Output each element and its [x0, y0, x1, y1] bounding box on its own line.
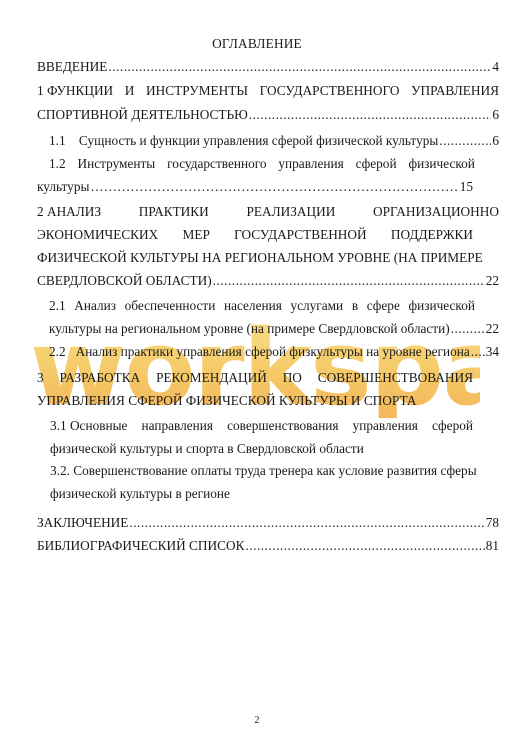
toc-page-number: 22	[486, 273, 499, 289]
dot-leader	[249, 107, 492, 123]
toc-entry-label: ВВЕДЕНИЕ	[37, 59, 107, 75]
word: 2 АНАЛИЗ	[37, 204, 101, 220]
toc-page-number: 81	[486, 538, 499, 554]
word: 2.1	[49, 298, 66, 314]
word: ЭКОНОМИЧЕСКИХ	[37, 227, 158, 243]
toc-entry-1-1[interactable]: 1.1 Сущность и функции управления сферой…	[49, 133, 499, 149]
word: Анализ	[74, 298, 116, 314]
toc-entry-2-1-line2[interactable]: культуры на региональном уровне (на прим…	[49, 321, 499, 337]
dot-leader	[439, 133, 491, 149]
word: И	[125, 83, 135, 99]
toc-entry-ch1-line2[interactable]: СПОРТИВНОЙ ДЕЯТЕЛЬНОСТЬЮ 6	[37, 107, 499, 123]
dot-leader	[245, 538, 484, 554]
page-number: 2	[0, 715, 514, 726]
word: услугами	[290, 298, 343, 314]
word: государственного	[167, 156, 266, 172]
word: ОРГАНИЗАЦИОННО	[373, 204, 499, 220]
toc-page-number: 6	[492, 133, 499, 149]
toc-entry-ch2-line4[interactable]: СВЕРДЛОВСКОЙ ОБЛАСТИ) 22	[37, 273, 499, 289]
toc-entry-ch2-line2[interactable]: ЭКОНОМИЧЕСКИХ МЕР ГОСУДАРСТВЕННОЙ ПОДДЕР…	[37, 227, 473, 243]
toc-entry-bibliography[interactable]: БИБЛИОГРАФИЧЕСКИЙ СПИСОК 81	[37, 538, 499, 554]
word: РЕКОМЕНДАЦИЙ	[156, 370, 267, 386]
word: МЕР	[183, 227, 210, 243]
toc-page-number: 6	[492, 107, 499, 123]
toc-entry-1-2-line1[interactable]: 1.2 Инструменты государственного управле…	[49, 156, 475, 172]
word: ПО	[283, 370, 302, 386]
word: сфере	[367, 298, 400, 314]
toc-entry-ch1-line1[interactable]: 1 ФУНКЦИИ И ИНСТРУМЕНТЫ ГОСУДАРСТВЕННОГО…	[37, 83, 499, 99]
toc-entry-ch3-line2[interactable]: УПРАВЛЕНИЯ СФЕРОЙ ФИЗИЧЕСКОЙ КУЛЬТУРЫ И …	[37, 393, 417, 409]
word: 1.2	[49, 156, 66, 172]
toc-entry-ch3-line1[interactable]: 3 РАЗРАБОТКА РЕКОМЕНДАЦИЙ ПО СОВЕРШЕНСТВ…	[37, 370, 473, 386]
dot-leader	[451, 321, 485, 337]
word: в	[352, 298, 358, 314]
word: сферой	[432, 418, 473, 434]
toc-entry-ch2-line1[interactable]: 2 АНАЛИЗ ПРАКТИКИ РЕАЛИЗАЦИИ ОРГАНИЗАЦИО…	[37, 204, 499, 220]
word: ГОСУДАРСТВЕННОГО	[260, 83, 400, 99]
toc-entry-3-2-line2[interactable]: физической культуры в регионе	[50, 486, 230, 502]
word: населения	[224, 298, 282, 314]
word: ГОСУДАРСТВЕННОЙ	[234, 227, 367, 243]
toc-entry-label: культуры	[37, 179, 89, 195]
dot-leader	[129, 515, 484, 531]
toc-entry-3-1-line1[interactable]: 3.1 Основные направления совершенствован…	[50, 418, 473, 434]
word: ПРАКТИКИ	[139, 204, 209, 220]
page-title: ОГЛАВЛЕНИЕ	[0, 36, 514, 52]
toc-page-number: 78	[486, 515, 499, 531]
word: СОВЕРШЕНСТВОВАНИЯ	[318, 370, 473, 386]
word: ИНСТРУМЕНТЫ	[146, 83, 248, 99]
toc-entry-2-2[interactable]: 2.2 Анализ практики управления сферой фи…	[49, 344, 499, 360]
word: сферой	[356, 156, 397, 172]
dot-leader	[108, 59, 491, 75]
toc-page-number: 22	[486, 321, 499, 337]
word: физической	[408, 156, 474, 172]
word: РЕАЛИЗАЦИИ	[246, 204, 335, 220]
toc-entry-label: 2.2 Анализ практики управления сферой фи…	[49, 344, 470, 360]
toc-page-number: 4	[492, 59, 499, 75]
word: РАЗРАБОТКА	[60, 370, 141, 386]
toc-page-number: 15	[460, 179, 473, 195]
word: ПОДДЕРЖКИ	[391, 227, 473, 243]
toc-entry-label: ЗАКЛЮЧЕНИЕ	[37, 515, 128, 531]
toc-entry-intro[interactable]: ВВЕДЕНИЕ 4	[37, 59, 499, 75]
toc-entry-conclusion[interactable]: ЗАКЛЮЧЕНИЕ 78	[37, 515, 499, 531]
word: управления	[353, 418, 418, 434]
dot-leader	[471, 344, 485, 360]
toc-entry-1-2-line2[interactable]: культуры 15	[37, 179, 473, 195]
document-page: workspay.ru ОГЛАВЛЕНИЕ ВВЕДЕНИЕ 4 1 ФУНК…	[0, 0, 514, 750]
toc-page-number: 34	[486, 344, 499, 360]
word: 1 ФУНКЦИИ	[37, 83, 113, 99]
toc-entry-ch2-line3[interactable]: ФИЗИЧЕСКОЙ КУЛЬТУРЫ НА РЕГИОНАЛЬНОМ УРОВ…	[37, 250, 483, 266]
toc-entry-3-1-line2[interactable]: физической культуры и спорта в Свердловс…	[50, 441, 364, 457]
toc-entry-label: СПОРТИВНОЙ ДЕЯТЕЛЬНОСТЬЮ	[37, 107, 248, 123]
toc-entry-label: культуры на региональном уровне (на прим…	[49, 321, 450, 337]
dot-leader	[90, 179, 458, 195]
dot-leader	[213, 273, 485, 289]
word: 3	[37, 370, 44, 386]
table-of-contents: ОГЛАВЛЕНИЕ ВВЕДЕНИЕ 4 1 ФУНКЦИИ И ИНСТРУ…	[0, 0, 514, 750]
word: управления	[278, 156, 343, 172]
word: физической	[408, 298, 474, 314]
word: Инструменты	[78, 156, 156, 172]
toc-entry-2-1-line1[interactable]: 2.1 Анализ обеспеченности населения услу…	[49, 298, 475, 314]
toc-entry-label: СВЕРДЛОВСКОЙ ОБЛАСТИ)	[37, 273, 212, 289]
toc-entry-label: БИБЛИОГРАФИЧЕСКИЙ СПИСОК	[37, 538, 244, 554]
word: 3.1 Основные	[50, 418, 127, 434]
word: обеспеченности	[125, 298, 216, 314]
word: совершенствования	[227, 418, 338, 434]
word: направления	[142, 418, 214, 434]
toc-entry-label: 1.1 Сущность и функции управления сферой…	[49, 133, 438, 149]
toc-entry-3-2-line1[interactable]: 3.2. Совершенствование оплаты труда трен…	[50, 463, 477, 479]
word: УПРАВЛЕНИЯ	[411, 83, 499, 99]
